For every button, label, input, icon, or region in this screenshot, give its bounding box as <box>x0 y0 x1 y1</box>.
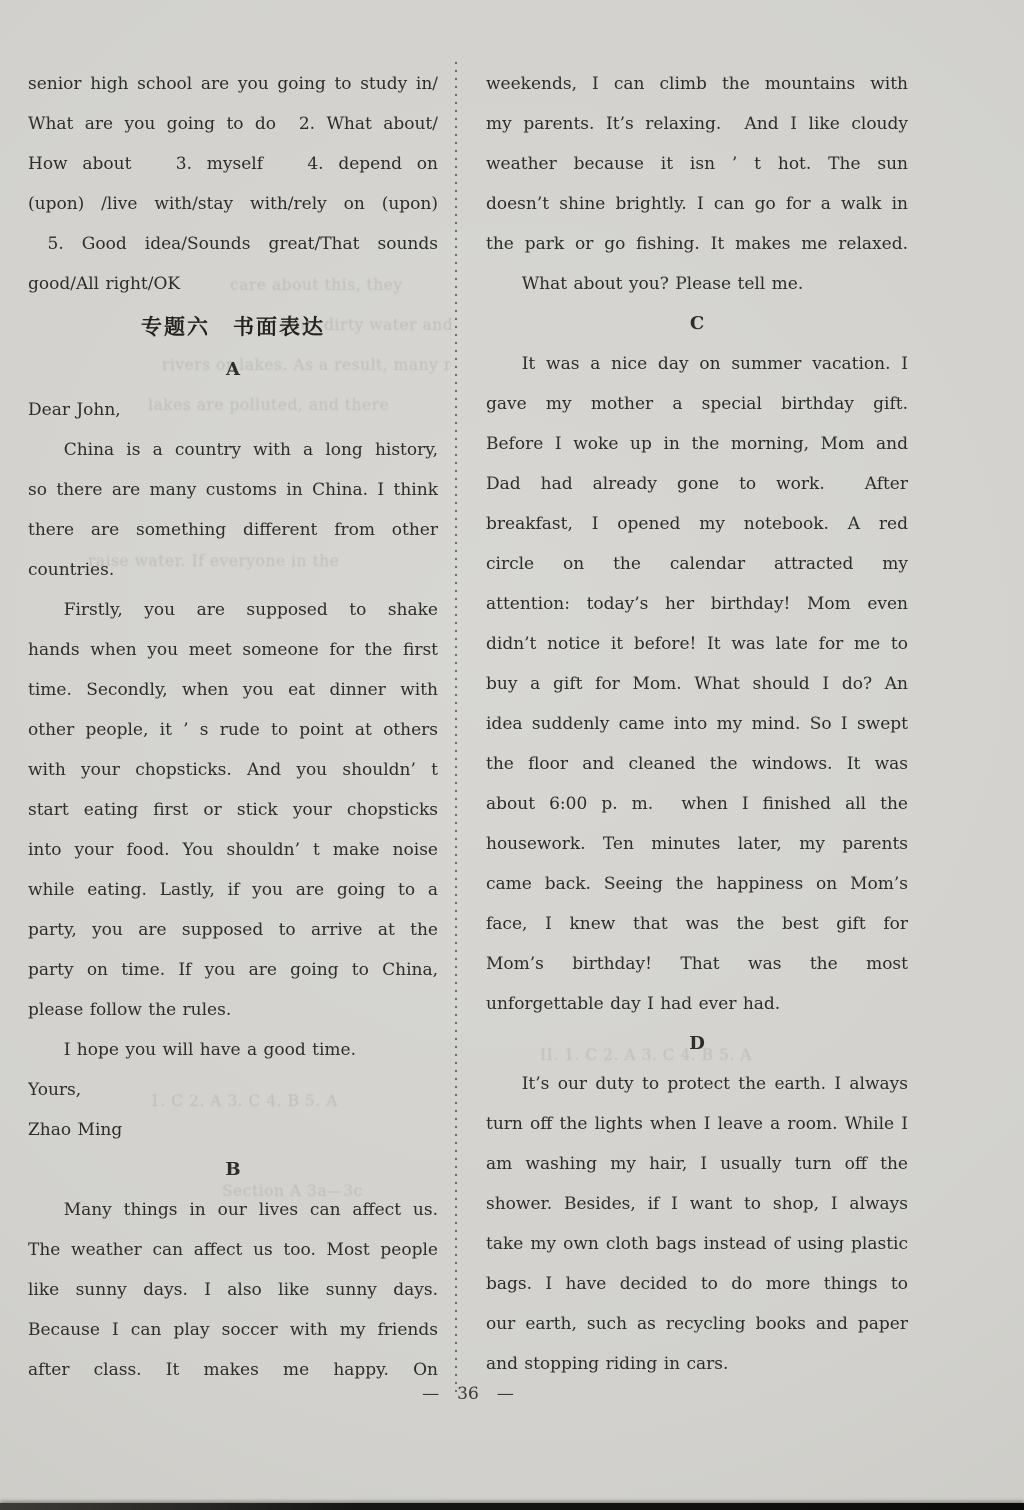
right-column: weekends, I can climb the mountains with… <box>486 64 908 1384</box>
paragraph-line: take my own cloth bags instead of using … <box>486 1224 908 1264</box>
scan-edge-shadow <box>0 1503 1024 1510</box>
paragraph-line: with your chopsticks. And you shouldn’ t <box>28 750 438 790</box>
section-label-c: C <box>486 304 908 344</box>
paragraph-line: so there are many customs in China. I th… <box>28 470 438 510</box>
page-number-value: 36 <box>457 1384 479 1404</box>
paragraph-line: came back. Seeing the happiness on Mom’s <box>486 864 908 904</box>
paragraph-line: buy a gift for Mom. What should I do? An <box>486 664 908 704</box>
page-number-dash: — <box>497 1384 514 1404</box>
paragraph-line: other people, it ’ s rude to point at ot… <box>28 710 438 750</box>
section-label-d: D <box>486 1024 908 1064</box>
paragraph-line: It was a nice day on summer vacation. I <box>486 344 908 384</box>
paragraph-line: while eating. Lastly, if you are going t… <box>28 870 438 910</box>
page-number: —36— <box>28 1384 908 1404</box>
paragraph-line: shower. Besides, if I want to shop, I al… <box>486 1184 908 1224</box>
paragraph-line: The weather can affect us too. Most peop… <box>28 1230 438 1270</box>
paragraph-line: there are something different from other <box>28 510 438 550</box>
paragraph-line: party, you are supposed to arrive at the <box>28 910 438 950</box>
paragraph-line: party on time. If you are going to China… <box>28 950 438 990</box>
paragraph-line: Dad had already gone to work. After <box>486 464 908 504</box>
text-line: (upon) /live with/stay with/rely on (upo… <box>28 184 438 224</box>
paragraph-line: weather because it isn ’ t hot. The sun <box>486 144 908 184</box>
paragraph-line: gave my mother a special birthday gift. <box>486 384 908 424</box>
paragraph-line: am washing my hair, I usually turn off t… <box>486 1144 908 1184</box>
paragraph-line: idea suddenly came into my mind. So I sw… <box>486 704 908 744</box>
text-line: senior high school are you going to stud… <box>28 64 438 104</box>
text-line: How about 3. myself 4. depend on <box>28 144 438 184</box>
letter-salutation: Dear John, <box>28 390 438 430</box>
paragraph-line: my parents. It’s relaxing. And I like cl… <box>486 104 908 144</box>
paragraph-line: countries. <box>28 550 438 590</box>
paragraph-line: bags. I have decided to do more things t… <box>486 1264 908 1304</box>
paragraph-line: the park or go fishing. It makes me rela… <box>486 224 908 264</box>
paragraph-line: and stopping riding in cars. <box>486 1344 908 1384</box>
paragraph-line: about 6:00 p. m. when I finished all the <box>486 784 908 824</box>
paragraph-line: hands when you meet someone for the firs… <box>28 630 438 670</box>
letter-closing: Yours, <box>28 1070 438 1110</box>
paragraph-line: Mom’s birthday! That was the most <box>486 944 908 984</box>
paragraph-line: I hope you will have a good time. <box>28 1030 438 1070</box>
section-label-a: A <box>28 350 438 390</box>
paragraph-line: the floor and cleaned the windows. It wa… <box>486 744 908 784</box>
paragraph-line: like sunny days. I also like sunny days. <box>28 1270 438 1310</box>
paragraph-line: Before I woke up in the morning, Mom and <box>486 424 908 464</box>
column-divider <box>455 62 457 1394</box>
paragraph-line: Many things in our lives can affect us. <box>28 1190 438 1230</box>
text-line: good/All right/OK <box>28 264 438 304</box>
left-column: senior high school are you going to stud… <box>28 64 438 1390</box>
paragraph-line: housework. Ten minutes later, my parents <box>486 824 908 864</box>
paragraph-line: into your food. You shouldn’ t make nois… <box>28 830 438 870</box>
letter-signature: Zhao Ming <box>28 1110 438 1150</box>
paragraph-line: time. Secondly, when you eat dinner with <box>28 670 438 710</box>
paragraph-line: start eating first or stick your chopsti… <box>28 790 438 830</box>
paragraph-line: didn’t notice it before! It was late for… <box>486 624 908 664</box>
paragraph-line: breakfast, I opened my notebook. A red <box>486 504 908 544</box>
text-line: What are you going to do 2. What about/ <box>28 104 438 144</box>
section-heading-topic6: 专题六 书面表达 <box>28 304 438 350</box>
paragraph-line: unforgettable day I had ever had. <box>486 984 908 1024</box>
section-label-b: B <box>28 1150 438 1190</box>
paragraph-line: attention: today’s her birthday! Mom eve… <box>486 584 908 624</box>
paragraph-line: It’s our duty to protect the earth. I al… <box>486 1064 908 1104</box>
paragraph-line: our earth, such as recycling books and p… <box>486 1304 908 1344</box>
paragraph-line: Firstly, you are supposed to shake <box>28 590 438 630</box>
paragraph-line: please follow the rules. <box>28 990 438 1030</box>
paragraph-line: What about you? Please tell me. <box>486 264 908 304</box>
paragraph-line: China is a country with a long history, <box>28 430 438 470</box>
page: care about this, they pour dirty water a… <box>0 0 1024 1510</box>
paragraph-line: turn off the lights when I leave a room.… <box>486 1104 908 1144</box>
paragraph-line: Because I can play soccer with my friend… <box>28 1310 438 1350</box>
paragraph-line: face, I knew that was the best gift for <box>486 904 908 944</box>
paragraph-line: doesn’t shine brightly. I can go for a w… <box>486 184 908 224</box>
paragraph-line: circle on the calendar attracted my <box>486 544 908 584</box>
paragraph-line: weekends, I can climb the mountains with <box>486 64 908 104</box>
text-line: 5. Good idea/Sounds great/That sounds <box>28 224 438 264</box>
page-number-dash: — <box>422 1384 439 1404</box>
